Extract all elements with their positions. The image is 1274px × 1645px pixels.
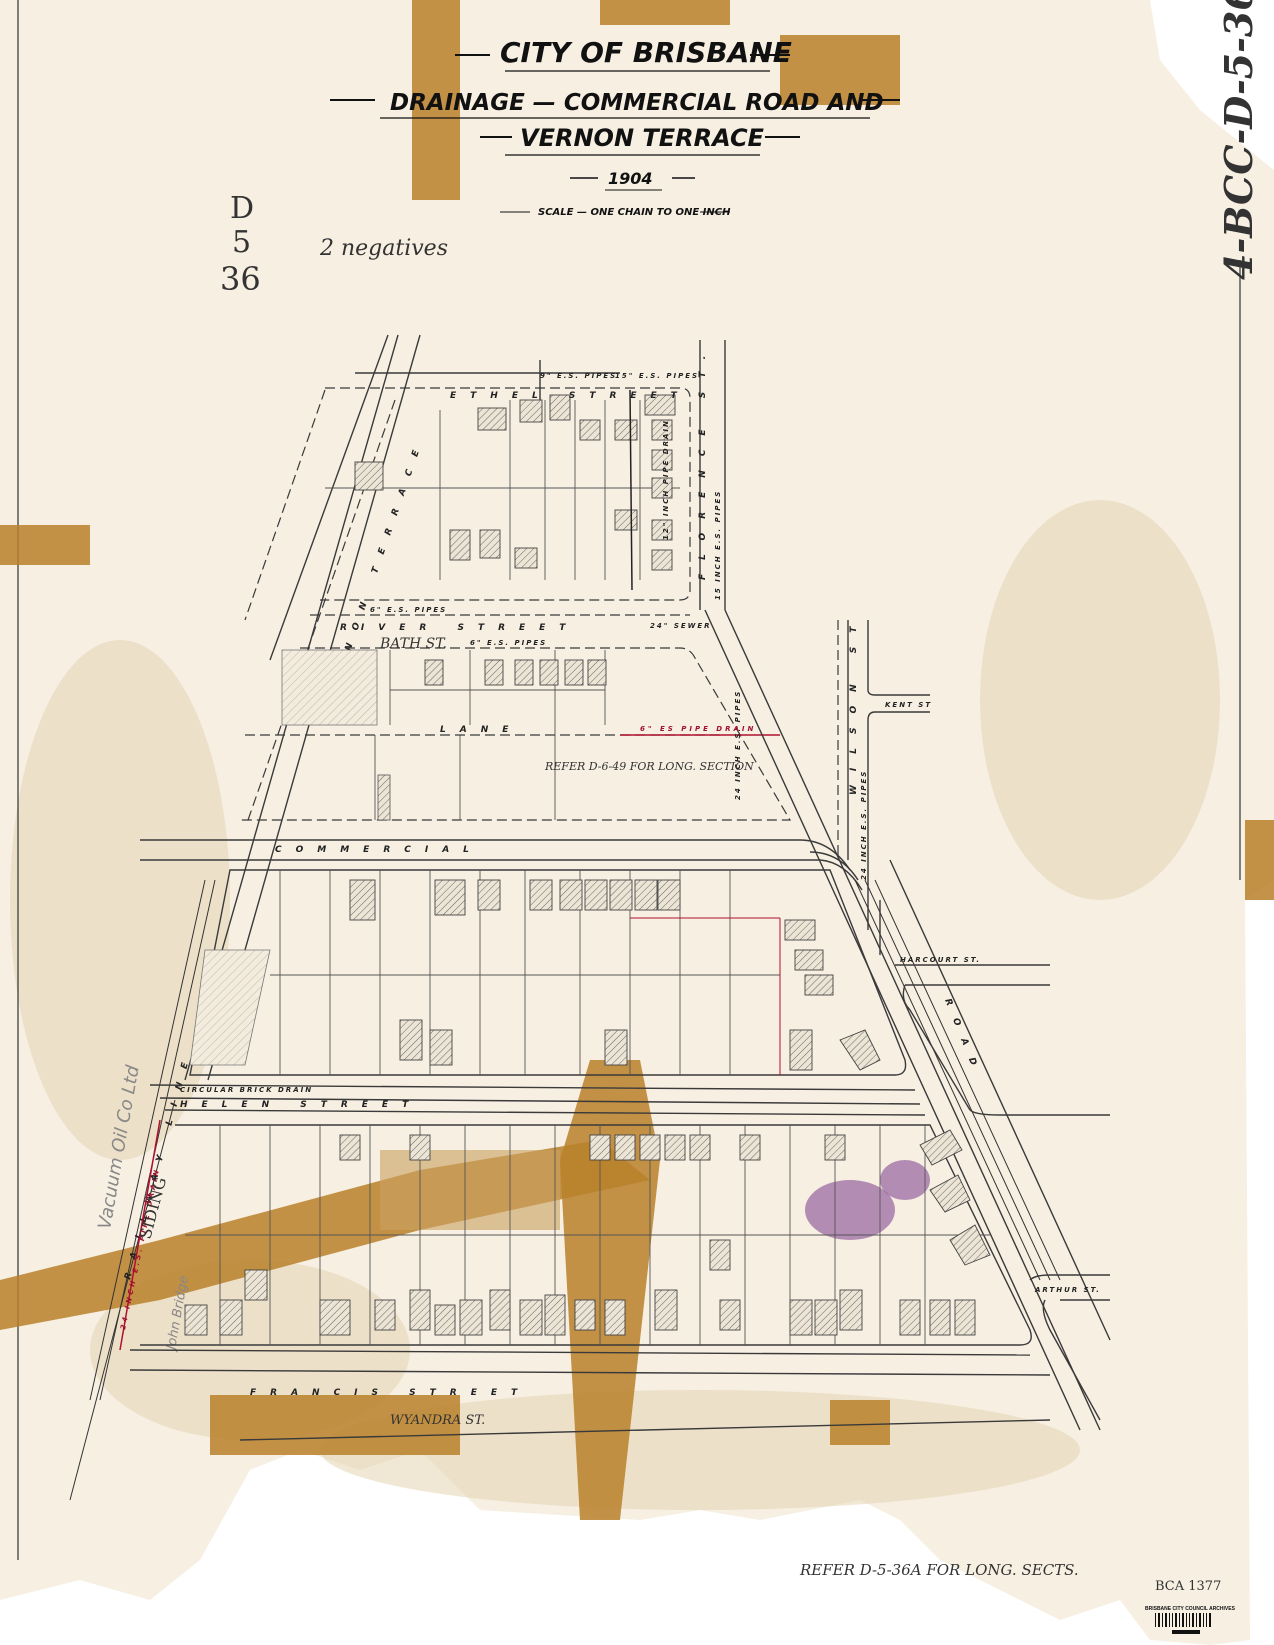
label-commercial: COMMERCIAL: [275, 845, 483, 855]
label-ethel-street: ETHEL STREET: [450, 391, 691, 401]
map-label: 4-BCC-D-5-36.: [1216, 0, 1261, 280]
label-river-street: RIVER STREET: [340, 623, 579, 633]
title-year: 1904: [608, 169, 653, 188]
title-drainage: DRAINAGE — COMMERCIAL ROAD AND: [390, 90, 884, 116]
label-florence-st: FLORENCE ST.: [698, 342, 708, 580]
label-harcourt-st: HARCOURT ST.: [900, 956, 981, 964]
label-lane: LANE: [440, 725, 522, 735]
label-francis-street: FRANCIS STREET: [250, 1388, 531, 1398]
negatives-note: 2 negatives: [319, 236, 448, 261]
label-bath-st: BATH ST.: [379, 636, 447, 652]
label-river-pipes-south: 6" E.S. PIPES: [470, 639, 547, 647]
archive-label: BRISBANE CITY COUNCIL ARCHIVES: [1145, 1606, 1236, 1612]
label-ethel-pipes-left: 9" E.S. PIPES: [540, 372, 617, 380]
label-inch-pipe-drain: 12" INCH PIPE DRAIN: [662, 419, 670, 540]
label-sewer: 24" SEWER: [650, 622, 712, 630]
label-helen-drain: CIRCULAR BRICK DRAIN: [180, 1086, 313, 1094]
refer-long-section: REFER D-6-49 FOR LONG. SECTION: [544, 760, 754, 773]
title-city: CITY OF BRISBANE: [500, 36, 792, 69]
pencil-ref-36: 36: [220, 260, 261, 298]
label-florence-pipes: 15 INCH E.S. PIPES: [714, 490, 722, 600]
drainage-map-sheet: CITY OF BRISBANE DRAINAGE — COMMERCIAL R…: [0, 0, 1274, 1645]
purple-ink-stain: [805, 1180, 895, 1240]
pencil-ref-5: 5: [232, 225, 251, 260]
refer-bottom-note: REFER D-5-36A FOR LONG. SECTS.: [799, 1561, 1079, 1579]
label-wilson-st: WILSON ST: [849, 613, 859, 795]
sheet-ref-vertical: 4-BCC-D-5-36.: [1216, 0, 1261, 280]
label-kent-st: KENT ST: [885, 701, 932, 709]
label-arthur-st: ARTHUR ST.: [1034, 1286, 1101, 1294]
label-wyandra: WYANDRA ST.: [390, 1413, 485, 1428]
title-vernon: VERNON TERRACE: [520, 124, 765, 152]
label-river-pipes-north: 6" E.S. PIPES: [370, 606, 447, 614]
label-helen-street: HELEN STREET: [180, 1100, 422, 1110]
archive-code: BCA 1377: [1155, 1579, 1221, 1594]
label-wilson-pipes: 24 INCH E.S. PIPES: [860, 770, 868, 880]
pencil-ref-d: D: [230, 191, 254, 226]
label-road-pipes: 24 INCH E.S. PIPES: [734, 690, 742, 800]
label-ethel-pipes-right: 15" E.S. PIPES: [615, 372, 699, 380]
